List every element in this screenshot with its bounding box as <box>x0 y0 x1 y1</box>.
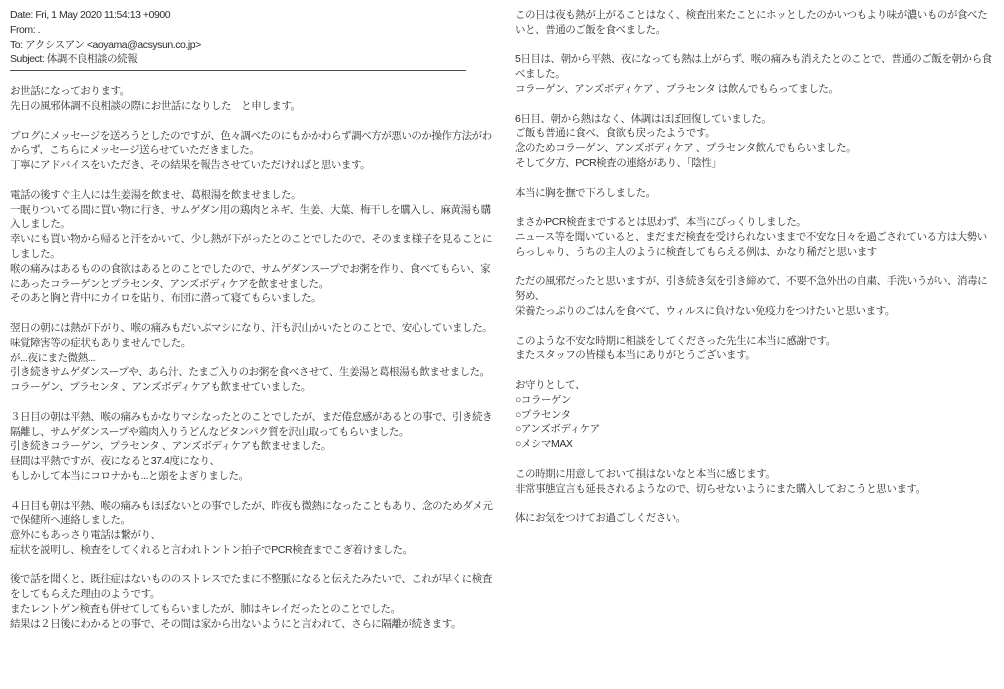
text-line: もしかして本当にコロナかも...と頭をよぎりました。 <box>10 469 498 484</box>
text-line: ○プラセンタ <box>515 408 996 423</box>
paragraph: このような不安な時期に相談をしてくださった先生に本当に感謝です。またスタッフの皆… <box>515 334 996 364</box>
text-line: ３日目の朝は平熱、喉の痛みもかなりマシなったとのことでしたが、まだ倦怠感があると… <box>10 410 498 440</box>
text-line: 電話の後すぐ主人には生姜湯を飲ませ、葛根湯を飲ませました。 <box>10 188 498 203</box>
paragraph: 後で話を聞くと、既往症はないもののストレスでたまに不整脈になると伝えたみたいで、… <box>10 572 498 631</box>
text-line: 昼間は平熱ですが、夜になると37.4度になり、 <box>10 454 498 469</box>
email-header: Date: Fri, 1 May 2020 11:54:13 +0900From… <box>10 8 498 67</box>
left-column: Date: Fri, 1 May 2020 11:54:13 +0900From… <box>10 8 498 646</box>
text-line: 喉の痛みはあるものの食欲はあるとのことでしたので、サムゲダンスープでお粥を作り、… <box>10 262 498 292</box>
text-line: このような不安な時期に相談をしてくださった先生に本当に感謝です。 <box>515 334 996 349</box>
paragraph: まさかPCR検査までするとは思わず、本当にびっくりしました。ニュース等を聞いてい… <box>515 215 996 259</box>
text-line: この日は夜も熱が上がることはなく、検査出来たことにホッとしたのかいつもより味が濃… <box>515 8 996 38</box>
text-line: 先日の風邪体調不良相談の際にお世話になりした と申します。 <box>10 99 498 114</box>
text-line: そして夕方、PCR検査の連絡があり、「陰性」 <box>515 156 996 171</box>
paragraph: ただの風邪だったと思いますが、引き続き気を引き締めて、不要不急外出の自粛、手洗い… <box>515 274 996 318</box>
text-line: 6日目、朝から熱はなく、体調はほぼ回復していました。 <box>515 112 996 127</box>
text-line: 一眠りついてる間に買い物に行き、サムゲダン用の鶏肉とネギ、生姜、大葉、梅干しを購… <box>10 203 498 233</box>
email-header-line: From: . <box>10 23 498 38</box>
header-divider <box>10 70 466 71</box>
email-header-line: Subject: 体調不良相談の続報 <box>10 52 498 67</box>
text-line: ブログにメッセージを送ろうとしたのですが、色々調べたのにもかかわらず調べ方が悪い… <box>10 129 498 159</box>
paragraph: ４日目も朝は平熱、喉の痛みもほぼないとの事でしたが、昨夜も微熱になったこともあり… <box>10 499 498 558</box>
paragraph: 本当に胸を撫で下ろしました。 <box>515 186 996 201</box>
paragraph: 電話の後すぐ主人には生姜湯を飲ませ、葛根湯を飲ませました。一眠りついてる間に買い… <box>10 188 498 306</box>
paragraph: ３日目の朝は平熱、喉の痛みもかなりマシなったとのことでしたが、まだ倦怠感があると… <box>10 410 498 484</box>
paragraph: お世話になっております。先日の風邪体調不良相談の際にお世話になりした と申します… <box>10 84 498 114</box>
text-line: 体にお気をつけてお過ごしください。 <box>515 511 996 526</box>
email-header-line: Date: Fri, 1 May 2020 11:54:13 +0900 <box>10 8 498 23</box>
text-line: 念のためコラーゲン、アンズボディケア 、プラセンタ飲んでもらいました。 <box>515 141 996 156</box>
email-scan-page: Date: Fri, 1 May 2020 11:54:13 +0900From… <box>0 0 1004 689</box>
email-header-line: To: アクシスアン <aoyama@acsysun.co.jp> <box>10 38 498 53</box>
paragraph: 5日目は、朝から平熱、夜になっても熱は上がらず、喉の痛みも消えたとのことで、普通… <box>515 52 996 96</box>
text-line: 結果は２日後にわかるとの事で、その間は家から出ないようにと言われて、さらに隔離が… <box>10 617 498 632</box>
paragraph: この時期に用意しておいて損はないなと本当に感じます。非常事態宣言も延長されるよう… <box>515 467 996 497</box>
text-line: 5日目は、朝から平熱、夜になっても熱は上がらず、喉の痛みも消えたとのことで、普通… <box>515 52 996 82</box>
text-line: ○メシマMAX <box>515 437 996 452</box>
text-line: 丁寧にアドバイスをいただき、その結果を報告させていただければと思います。 <box>10 158 498 173</box>
paragraph: 6日目、朝から熱はなく、体調はほぼ回復していました。ご飯も普通に食べ、食欲も戻っ… <box>515 112 996 171</box>
text-line: まさかPCR検査までするとは思わず、本当にびっくりしました。 <box>515 215 996 230</box>
text-line: 栄養たっぷりのごはんを食べて、ウィルスに負けない免疫力をつけたいと思います。 <box>515 304 996 319</box>
paragraph: 翌日の朝には熱が下がり、喉の痛みもだいぶマシになり、汗も沢山かいたとのことで、安… <box>10 321 498 395</box>
text-line: お世話になっております。 <box>10 84 498 99</box>
text-line: 幸いにも買い物から帰ると汗をかいて、少し熱が下がったとのことでしたので、そのまま… <box>10 232 498 262</box>
text-line: 症状を説明し、検査をしてくれると言われトントン拍子でPCR検査までこぎ着けました… <box>10 543 498 558</box>
text-line: またレントゲン検査も併せてしてもらいましたが、肺はキレイだったとのことでした。 <box>10 602 498 617</box>
text-line: お守りとして、 <box>515 378 996 393</box>
text-line: 後で話を聞くと、既往症はないもののストレスでたまに不整脈になると伝えたみたいで、… <box>10 572 498 602</box>
text-line: ご飯も普通に食べ、食欲も戻ったようです。 <box>515 126 996 141</box>
text-line: ただの風邪だったと思いますが、引き続き気を引き締めて、不要不急外出の自粛、手洗い… <box>515 274 996 304</box>
text-line: この時期に用意しておいて損はないなと本当に感じます。 <box>515 467 996 482</box>
paragraph: ブログにメッセージを送ろうとしたのですが、色々調べたのにもかかわらず調べ方が悪い… <box>10 129 498 173</box>
text-line: ニュース等を聞いていると、まだまだ検査を受けられないままで不安な日々を過ごされて… <box>515 230 996 260</box>
email-body-left: お世話になっております。先日の風邪体調不良相談の際にお世話になりした と申します… <box>10 84 498 631</box>
text-line: そのあと胸と背中にカイロを貼り、布団に潜って寝てもらいました。 <box>10 291 498 306</box>
text-line: 非常事態宣言も延長されるようなので、切らせないようにまた購入しておこうと思います… <box>515 482 996 497</box>
right-column: この日は夜も熱が上がることはなく、検査出来たことにホッとしたのかいつもより味が濃… <box>515 8 996 541</box>
text-line: またスタッフの皆様も本当にありがとうございます。 <box>515 348 996 363</box>
text-line: が...夜にまた微熱... <box>10 351 498 366</box>
text-line: 本当に胸を撫で下ろしました。 <box>515 186 996 201</box>
paragraph: お守りとして、○コラーゲン○プラセンタ○アンズボディケア○メシマMAX <box>515 378 996 452</box>
text-line: ４日目も朝は平熱、喉の痛みもほぼないとの事でしたが、昨夜も微熱になったこともあり… <box>10 499 498 529</box>
text-line: ○コラーゲン <box>515 393 996 408</box>
paragraph: この日は夜も熱が上がることはなく、検査出来たことにホッとしたのかいつもより味が濃… <box>515 8 996 38</box>
email-body-right: この日は夜も熱が上がることはなく、検査出来たことにホッとしたのかいつもより味が濃… <box>515 8 996 526</box>
text-line: 翌日の朝には熱が下がり、喉の痛みもだいぶマシになり、汗も沢山かいたとのことで、安… <box>10 321 498 351</box>
text-line: 意外にもあっさり電話は繋がり、 <box>10 528 498 543</box>
text-line: コラーゲン、プラセンタ 、アンズボディケアも飲ませていました。 <box>10 380 498 395</box>
text-line: 引き続きサムゲダンスープや、あら汁、たまご入りのお粥を食べさせて、生姜湯と葛根湯… <box>10 365 498 380</box>
paragraph: 体にお気をつけてお過ごしください。 <box>515 511 996 526</box>
text-line: コラーゲン、アンズボディケア 、プラセンタ は飲んでもらってました。 <box>515 82 996 97</box>
text-line: 引き続きコラーゲン、プラセンタ 、アンズボディケアも飲ませました。 <box>10 439 498 454</box>
text-line: ○アンズボディケア <box>515 422 996 437</box>
